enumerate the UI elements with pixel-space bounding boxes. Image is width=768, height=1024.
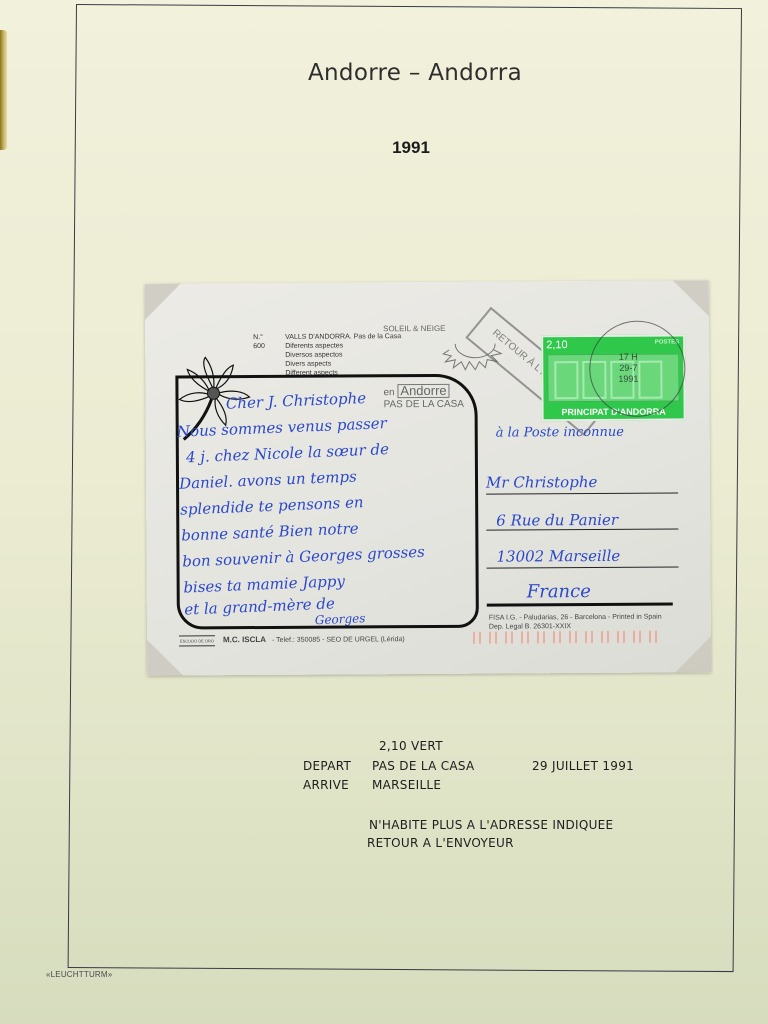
photo-corner-top-right [673,280,709,316]
page-title: Andorre – Andorra [0,60,768,86]
publisher-details: - Telef.: 350085 - SEO DE URGEL (Lérida) [272,636,405,644]
binder-ring-tab [0,30,7,150]
page-year: 1991 [0,138,768,158]
postmark-date: 29-7 [618,363,638,374]
address-rule-bottom [487,603,673,607]
postcard: N.° 600 VALLS D'ANDORRA. Pas de la Casa … [145,280,711,675]
stamp-value: 2,10 [546,339,567,351]
stamp-description: 2,10 VERT [379,739,443,753]
postmark-year: 1991 [618,374,638,385]
photo-corner-bottom-right [675,636,711,672]
printer-line: FISA I.G. - Paludarias, 26 - Barcelona -… [489,613,662,623]
arrive-place: MARSEILLE [372,778,441,792]
return-note-line-2: RETOUR A L'ENVOYEUR [367,836,514,850]
slogan-cancellation: SOLEIL & NEIGE [383,324,445,333]
recipient-address: à la Poste inconnue Mr Christophe 6 Rue … [486,430,696,431]
address-line: à la Poste inconnue [496,425,624,441]
round-postmark: 17 H 29-7 1991 [589,320,686,417]
handwritten-message: Cher J. Christophe Nous sommes venus pas… [175,381,481,633]
address-line: 6 Rue du Panier [496,511,618,530]
publisher-name: M.C. ISCLA [223,635,266,644]
return-note-line-1: N'HABITE PLUS A L'ADRESSE INDIQUEE [369,818,613,832]
photo-corner-top-left [145,284,181,320]
address-line: France [527,581,591,602]
caption-line: VALLS D'ANDORRA. Pas de la Casa [285,332,401,342]
arrive-label: ARRIVE [303,778,349,792]
depart-date: 29 JUILLET 1991 [532,759,634,773]
postmark-time: 17 H [618,352,638,363]
depart-place: PAS DE LA CASA [372,759,475,773]
publisher-line: ESCUDO DE ORO M.C. ISCLA - Telef.: 35008… [179,634,405,646]
postal-barcode [473,631,663,644]
depart-label: DEPART [303,759,351,773]
photo-corner-bottom-left [147,639,183,675]
publisher-logo: ESCUDO DE ORO [179,635,215,646]
publisher-mark: «LEUCHTTURM» [46,970,112,979]
address-rule [487,566,679,568]
address-rule [486,528,678,530]
postcard-number: N.° 600 [253,333,265,351]
printer-info: FISA I.G. - Paludarias, 26 - Barcelona -… [489,613,662,632]
address-line: 13002 Marseille [496,547,620,566]
address-line: Mr Christophe [486,473,597,492]
address-rule [486,492,678,494]
